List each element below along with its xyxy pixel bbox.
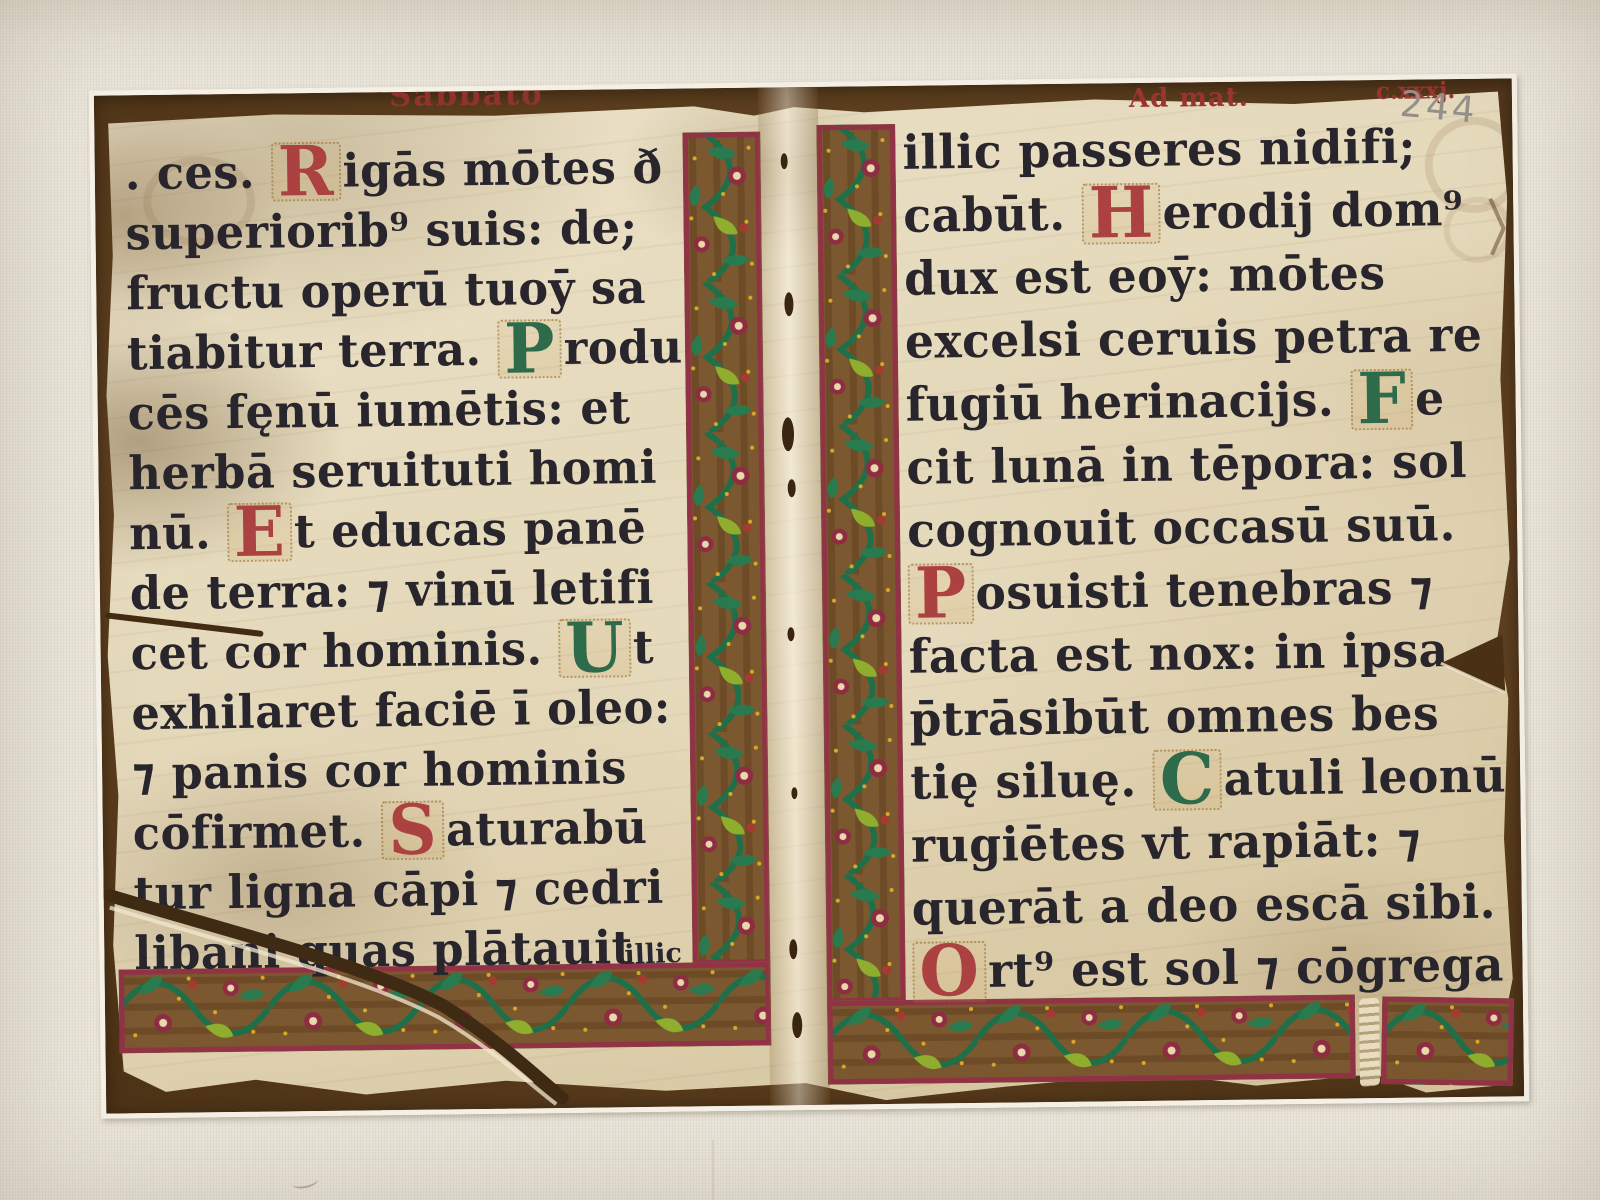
text-run: exhilaret faciē ī oleo:	[131, 680, 671, 741]
sewing-hole	[787, 627, 794, 641]
illuminated-border-patch-fragment	[1381, 996, 1514, 1086]
text-run: illic passeres nidifi;	[902, 120, 1416, 181]
illuminated-initial: U	[558, 618, 631, 678]
manuscript-line: fugiū herinacijs. Fe	[905, 367, 1459, 437]
text-run: t	[633, 620, 655, 674]
manuscript-line: tur ligna cāpi ⁊ cedri	[133, 857, 677, 924]
text-run: superiorib⁹ suis: de;	[125, 200, 638, 260]
text-run: . ces.	[124, 145, 271, 201]
illuminated-initial: S	[381, 801, 444, 861]
text-run: cōfirmet.	[133, 803, 382, 860]
manuscript-line: cēs fęnū iumētis: et	[127, 377, 671, 444]
manuscript-line: facta est nox: in ipsa	[908, 619, 1462, 689]
sewing-hole	[792, 1012, 802, 1038]
illuminated-initial: P	[908, 563, 974, 624]
illuminated-border-left-vertical	[682, 132, 770, 966]
illuminated-border-right-bottom	[827, 994, 1356, 1084]
text-run: nū.	[129, 505, 228, 560]
text-run: cit lunā in tēpora: sol	[906, 434, 1467, 496]
manuscript-line: nū. Et educas panē	[129, 497, 673, 564]
illuminated-initial: F	[1350, 369, 1413, 430]
text-run: atuli leonū	[1223, 748, 1506, 806]
manuscript-line: cōfirmet. Saturabū	[132, 797, 676, 864]
manuscript-line: cabūt. Herodij dom⁹	[903, 178, 1457, 248]
sewing-hole	[781, 153, 788, 169]
manuscript-line: libani quas plātauit	[134, 917, 678, 984]
text-run: cet cor hominis.	[130, 621, 559, 680]
illuminated-initial: E	[227, 503, 293, 563]
illuminated-initial: O	[912, 941, 986, 1002]
text-run: herbā seruituti homi	[128, 440, 657, 500]
sewing-hole	[788, 479, 796, 497]
sewing-hole	[784, 292, 793, 316]
text-run: ⁊ panis cor hominis	[132, 740, 627, 800]
manuscript-line: cet cor hominis. Ut	[130, 617, 674, 684]
illuminated-border-right-vertical	[816, 124, 906, 1004]
text-run: rodu	[563, 320, 683, 375]
text-run: t educas panē	[294, 500, 647, 558]
manuscript-line: fructu operū tuoȳ sa	[126, 257, 670, 324]
text-run: osuisti tenebras ⁊	[975, 560, 1433, 621]
text-run: dux est eoȳ: mōtes	[904, 246, 1386, 307]
text-run: libani quas plātauit	[134, 920, 633, 980]
text-run: querāt a deo escā sibi.	[911, 875, 1496, 937]
text-run: facta est nox: in ipsa	[908, 623, 1448, 685]
illuminated-initial: C	[1153, 749, 1222, 810]
manuscript-line: tię siluę. Catuli leonū	[910, 745, 1464, 815]
text-run: erodij dom⁹	[1162, 182, 1463, 241]
mat-opening: Sabbato Ad mat. c.xxxj. 244 illic . ces.…	[89, 73, 1529, 1118]
text-run: aturabū	[446, 800, 648, 856]
text-column-right: illic passeres nidifi;cabūt. Herodij dom…	[902, 115, 1466, 1004]
text-run: igās mōtes ð	[342, 140, 663, 198]
illuminated-initial: R	[271, 142, 341, 202]
repair-stitching	[1359, 997, 1380, 1087]
manuscript-line: querāt a deo escā sibi.	[911, 871, 1465, 941]
mat-scratch	[712, 1140, 714, 1200]
text-run: rugiētes vt rapiāt: ⁊	[911, 813, 1422, 874]
text-run: tur ligna cāpi ⁊ cedri	[133, 860, 664, 920]
text-run: rt⁹ est sol ⁊ cōgrega	[988, 938, 1504, 999]
text-run: cabūt.	[903, 187, 1082, 244]
manuscript-line: cognouit occasū suū.	[907, 493, 1461, 563]
text-run: fructu operū tuoȳ sa	[126, 260, 646, 320]
manuscript-line: . ces. Rigās mōtes ð	[124, 137, 668, 204]
manuscript-line: Ort⁹ est sol ⁊ cōgrega	[912, 934, 1466, 1004]
text-column-left: . ces. Rigās mōtes ðsuperiorib⁹ suis: de…	[124, 137, 677, 984]
sewing-hole	[791, 787, 797, 799]
manuscript-line: exhilaret faciē ī oleo:	[131, 677, 675, 744]
running-header-right: Ad mat.	[1129, 83, 1249, 114]
running-header-left: Sabbato	[389, 76, 544, 114]
manuscript-line: herbā seruituti homi	[128, 437, 672, 504]
illuminated-initial: P	[497, 319, 562, 379]
text-run: tię siluę.	[910, 753, 1153, 811]
sewing-hole	[782, 417, 794, 451]
manuscript-line: Posuisti tenebras ⁊	[908, 556, 1462, 626]
manuscript-line: superiorib⁹ suis: de;	[125, 197, 669, 264]
text-run: e	[1415, 371, 1445, 426]
manuscript-line: rugiētes vt rapiāt: ⁊	[911, 808, 1465, 878]
manuscript-line: tiabitur terra. Produ	[127, 317, 671, 384]
mat-fiber	[291, 1173, 319, 1190]
manuscript-line: cit lunā in tēpora: sol	[906, 430, 1460, 500]
photograph-of-framed-manuscript: Sabbato Ad mat. c.xxxj. 244 illic . ces.…	[0, 0, 1600, 1200]
text-run: cēs fęnū iumētis: et	[127, 380, 630, 440]
text-run: fugiū herinacijs.	[905, 372, 1351, 432]
illuminated-initial: H	[1082, 183, 1161, 244]
text-run: cognouit occasū suū.	[907, 497, 1456, 559]
manuscript-line: dux est eoȳ: mōtes	[904, 241, 1458, 311]
sewing-hole	[789, 939, 797, 959]
manuscript-line: illic passeres nidifi;	[902, 115, 1456, 185]
text-run: tiabitur terra.	[127, 322, 498, 381]
